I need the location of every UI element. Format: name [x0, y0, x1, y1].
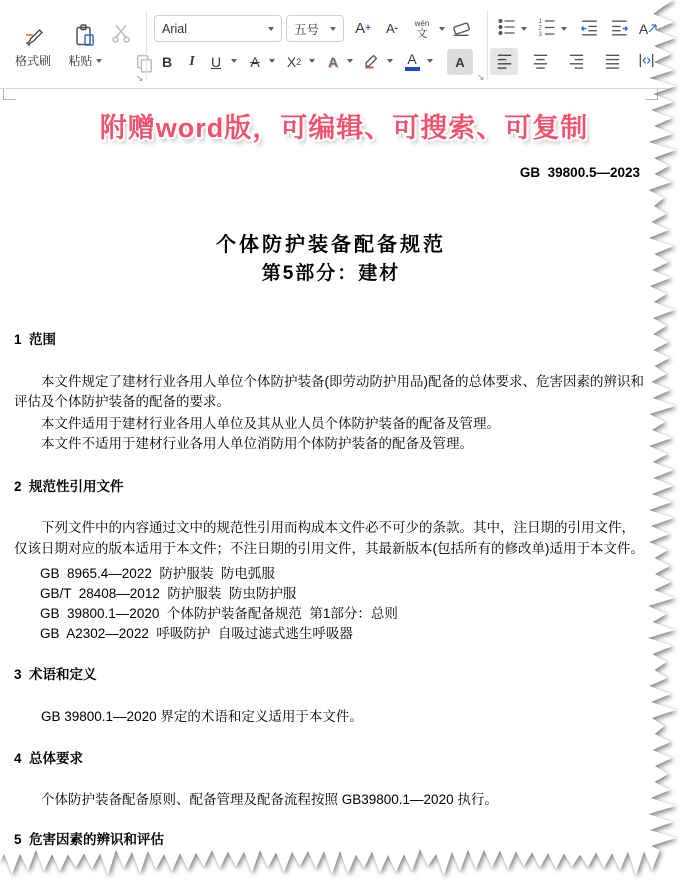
scissors-icon [110, 22, 132, 47]
paragraph: GB 39800.1—2020 界定的术语和定义适用于本文件。 [14, 707, 648, 727]
distribute-button[interactable] [632, 48, 660, 75]
section-general-requirements: 4 总体要求 个体防护装备配备原则、配备管理及配备流程按照 GB39800.1—… [14, 750, 648, 810]
font-dialog-launcher[interactable]: ↘ [477, 73, 485, 82]
section-hazard-identification: 5 危害因素的辨识和评估 [14, 831, 648, 848]
font-name-select[interactable]: Arial [154, 15, 282, 42]
text-effects-glyph: A [328, 54, 338, 70]
paragraph: 个体防护装备配备原则、配备管理及配备流程按照 GB39800.1—2020 执行… [14, 790, 648, 810]
line-spacing-button[interactable] [664, 48, 688, 75]
numbered-list-button[interactable]: 1 2 3 [534, 15, 560, 42]
superscript-base: X [287, 54, 296, 70]
align-left-icon [495, 51, 514, 73]
align-right-icon [567, 51, 586, 73]
highlight-button[interactable] [358, 48, 386, 75]
minus-sign: - [395, 23, 398, 34]
text-scale-glyph: A [639, 21, 648, 37]
paragraph: 本文件适用于建材行业各用人单位及其从业人员个体防护装备的配备及管理。 [14, 414, 648, 434]
bold-glyph: B [162, 54, 172, 70]
grow-font-letter: A [355, 20, 365, 37]
format-painter-label: 格式刷 [15, 55, 51, 67]
chevron-down-icon[interactable] [387, 59, 393, 63]
reference-line: GB 39800.1—2020 个体防护装备配备规范 第1部分：总则 [40, 604, 648, 624]
justify-button[interactable] [598, 48, 626, 75]
align-right-button[interactable] [562, 48, 590, 75]
document-page: 附赠word版，可编辑、可搜索、可复制 GB 39800.5—2023 个体防护… [0, 89, 688, 888]
strikethrough-button[interactable]: A [242, 48, 268, 75]
reference-line: GB 8965.4—2022 防护服装 防电弧服 [40, 564, 648, 584]
decrease-indent-button[interactable] [576, 15, 603, 42]
toolbar-separator [146, 10, 147, 80]
clipboard-dialog-launcher[interactable]: ↘ [136, 74, 144, 83]
font-color-glyph: A [407, 53, 416, 66]
chevron-down-icon[interactable] [309, 59, 315, 63]
align-center-button[interactable] [526, 48, 554, 75]
increase-indent-button[interactable] [606, 15, 633, 42]
paste-button[interactable]: 粘贴 [61, 11, 109, 79]
doc-title-line2: 第5部分：建材 [14, 261, 648, 287]
align-center-icon [531, 51, 550, 73]
section-heading: 1 范围 [14, 331, 648, 348]
italic-button[interactable]: I [182, 48, 202, 75]
paste-icon [73, 23, 97, 52]
clear-formatting-button[interactable] [444, 15, 478, 43]
eraser-icon [450, 17, 473, 42]
font-name-value: Arial [162, 22, 187, 36]
underline-button[interactable]: U [204, 48, 228, 75]
italic-glyph: I [189, 54, 194, 70]
toolbar-separator [487, 10, 488, 80]
section-heading: 5 危害因素的辨识和评估 [14, 831, 648, 848]
font-color-button[interactable]: A [398, 48, 426, 75]
torn-paper-sheet: 格式刷 粘贴 [0, 0, 688, 888]
underline-glyph: U [211, 54, 221, 70]
promo-watermark: 附赠word版，可编辑、可搜索、可复制 [0, 111, 688, 145]
chevron-down-icon[interactable] [661, 27, 667, 31]
text-effects-button[interactable]: A [320, 48, 346, 75]
paragraph: 下列文件中的内容通过文中的规范性引用而构成本文件必不可少的条款。其中，注日期的引… [14, 517, 648, 559]
shrink-font-letter: A [386, 21, 395, 36]
formatting-toolbar: 格式刷 粘贴 [0, 0, 688, 89]
numbered-list-icon: 1 2 3 [537, 17, 557, 40]
grow-font-button[interactable]: A+ [348, 15, 378, 42]
highlighter-icon [362, 50, 382, 73]
section-heading: 2 规范性引用文件 [14, 478, 648, 495]
font-size-value: 五号 [294, 20, 319, 38]
section-heading: 4 总体要求 [14, 750, 648, 767]
superscript-exp: 2 [296, 57, 301, 67]
svg-text:3: 3 [539, 32, 543, 37]
align-left-button[interactable] [490, 48, 518, 75]
shrink-font-button[interactable]: A- [378, 15, 406, 42]
cut-button[interactable] [104, 18, 138, 50]
chevron-down-icon[interactable] [521, 27, 527, 31]
bullet-list-icon [497, 17, 517, 40]
chevron-down-icon[interactable] [561, 27, 567, 31]
torn-paper-shadow: 格式刷 粘贴 [0, 0, 688, 888]
bullet-list-button[interactable] [494, 15, 520, 42]
paragraph: 本文件规定了建材行业各用人单位个体防护装备(即劳动防护用品)配备的总体要求、危害… [14, 372, 648, 412]
doc-title-line1: 个体防护装备配备规范 [14, 231, 648, 259]
format-painter-button[interactable]: 格式刷 [8, 11, 58, 79]
strikethrough-glyph: A [250, 54, 259, 70]
chevron-down-icon [96, 59, 102, 63]
reference-line: GB A2302—2022 呼吸防护 自吸过滤式逃生呼吸器 [40, 624, 648, 644]
reference-line: GB/T 28408—2012 防护服装 防虫防护服 [40, 584, 648, 604]
increase-indent-icon [609, 17, 630, 41]
font-color-bar [405, 67, 420, 71]
line-spacing-icon [668, 51, 687, 73]
chevron-down-icon [268, 27, 274, 31]
char-shading-glyph: A [455, 55, 464, 70]
format-painter-icon [21, 23, 45, 52]
scale-arrow-icon [648, 24, 657, 33]
chevron-down-icon[interactable] [269, 59, 275, 63]
chevron-down-icon[interactable] [347, 59, 353, 63]
font-size-select[interactable]: 五号 [286, 15, 344, 42]
chevron-down-icon[interactable] [231, 59, 237, 63]
plus-sign: + [365, 23, 371, 34]
pinyin-bottom-text: 文 [417, 29, 428, 39]
svg-text:1: 1 [539, 19, 543, 25]
standard-number: GB 39800.5—2023 [14, 163, 648, 183]
distribute-icon [637, 51, 656, 73]
paragraph: 本文件不适用于建材行业各用人单位消防用个体防护装备的配备及管理。 [14, 434, 648, 454]
svg-text:2: 2 [539, 26, 543, 32]
chevron-down-icon[interactable] [427, 59, 433, 63]
bold-button[interactable]: B [154, 48, 180, 75]
section-terms: 3 术语和定义 GB 39800.1—2020 界定的术语和定义适用于本文件。 [14, 666, 648, 727]
justify-icon [603, 51, 622, 73]
text-scale-button[interactable]: A [636, 15, 660, 42]
section-scope: 1 范围 本文件规定了建材行业各用人单位个体防护装备(即劳动防护用品)配备的总体… [14, 331, 648, 454]
paste-label: 粘贴 [68, 55, 92, 67]
section-heading: 3 术语和定义 [14, 666, 648, 683]
section-normative-references: 2 规范性引用文件 下列文件中的内容通过文中的规范性引用而构成本文件必不可少的条… [14, 478, 648, 644]
chevron-down-icon [330, 27, 336, 31]
char-shading-button[interactable]: A [447, 49, 473, 75]
pinyin-guide-button[interactable]: wén 文 [408, 12, 436, 46]
decrease-indent-icon [579, 17, 600, 41]
superscript-button[interactable]: X2 [280, 48, 308, 75]
